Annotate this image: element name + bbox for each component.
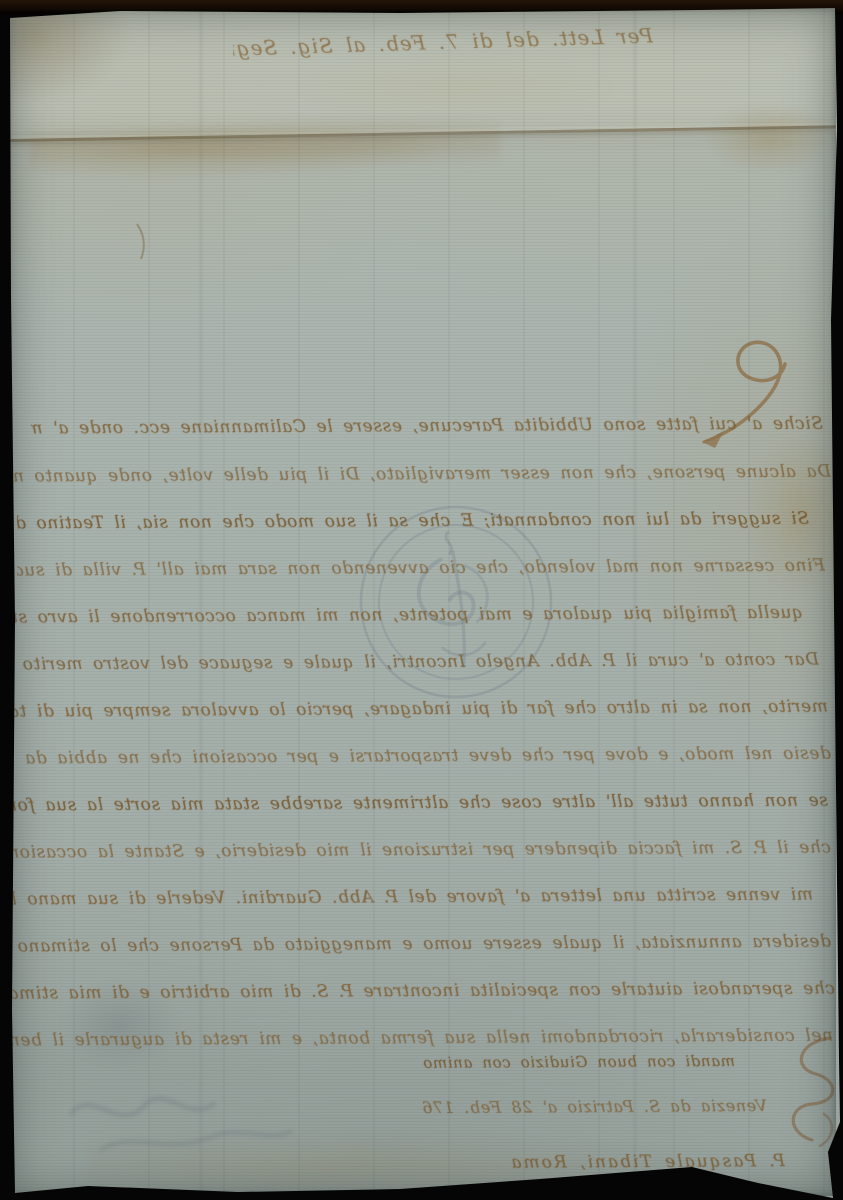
scanned-letter: Per Lett. del di 7. Feb. al Sig. Segna S… (0, 0, 843, 1200)
letter-paper: Per Lett. del di 7. Feb. al Sig. Segna S… (0, 0, 843, 1200)
edge-vignette (8, 8, 836, 1196)
